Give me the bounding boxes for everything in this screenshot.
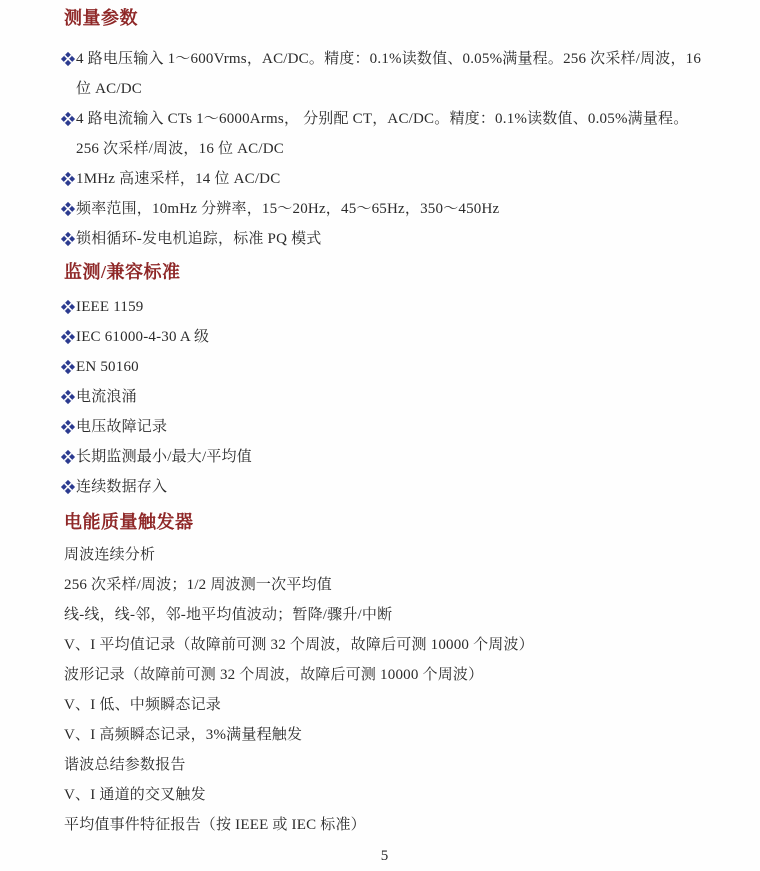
item-text: 谐波总结参数报告 — [64, 750, 705, 780]
diamond-bullet-icon — [61, 52, 75, 66]
list-item: 连续数据存入 — [64, 472, 705, 502]
list-item: IEC 61000-4-30 A 级 — [64, 322, 705, 352]
item-text: 256 次采样/周波；1/2 周波测一次平均值 — [64, 570, 705, 600]
page-footer: 5 — [64, 846, 705, 866]
list-item: 4 路电流输入 CTs 1～6000Arms， 分别配 CT，AC/DC。精度：… — [64, 104, 705, 164]
list-item: V、I 高频瞬态记录，3%满量程触发 — [64, 720, 705, 750]
list-item: V、I 平均值记录（故障前可测 32 个周波，故障后可测 10000 个周波） — [64, 630, 705, 660]
list-item: 256 次采样/周波；1/2 周波测一次平均值 — [64, 570, 705, 600]
item-text: 周波连续分析 — [64, 540, 705, 570]
page-number: 5 — [381, 848, 389, 864]
list-item: 谐波总结参数报告 — [64, 750, 705, 780]
item-text: 电流浪涌 — [76, 382, 705, 412]
diamond-bullet-icon — [61, 300, 75, 314]
item-text: V、I 通道的交叉触发 — [64, 780, 705, 810]
item-text: V、I 高频瞬态记录，3%满量程触发 — [64, 720, 705, 750]
item-text: 4 路电流输入 CTs 1～6000Arms， 分别配 CT，AC/DC。精度：… — [76, 104, 705, 164]
diamond-bullet-icon — [61, 390, 75, 404]
item-text: 平均值事件特征报告（按 IEEE 或 IEC 标准） — [64, 810, 705, 840]
diamond-bullet-icon — [61, 480, 75, 494]
diamond-bullet-icon — [61, 202, 75, 216]
diamond-bullet-icon — [61, 232, 75, 246]
diamond-bullet-icon — [61, 330, 75, 344]
list-item: 4 路电压输入 1～600Vrms，AC/DC。精度：0.1%读数值、0.05%… — [64, 44, 705, 104]
item-text: IEEE 1159 — [76, 292, 705, 322]
item-text: 1MHz 高速采样，14 位 AC/DC — [76, 164, 705, 194]
item-text: 连续数据存入 — [76, 472, 705, 502]
list-item: 平均值事件特征报告（按 IEEE 或 IEC 标准） — [64, 810, 705, 840]
list-item: 电压故障记录 — [64, 412, 705, 442]
list-item: EN 50160 — [64, 352, 705, 382]
item-text: V、I 平均值记录（故障前可测 32 个周波，故障后可测 10000 个周波） — [64, 630, 705, 660]
list-item: 线-线，线-邻，邻-地平均值波动；暂降/骤升/中断 — [64, 600, 705, 630]
item-text: 线-线，线-邻，邻-地平均值波动；暂降/骤升/中断 — [64, 600, 705, 630]
list-item: 电流浪涌 — [64, 382, 705, 412]
list-item: 周波连续分析 — [64, 540, 705, 570]
item-text: 频率范围，10mHz 分辨率，15～20Hz，45～65Hz，350～450Hz — [76, 194, 705, 224]
list-item: 1MHz 高速采样，14 位 AC/DC — [64, 164, 705, 194]
list-item: 锁相循环-发电机追踪，标准 PQ 模式 — [64, 224, 705, 254]
item-text: 长期监测最小/最大/平均值 — [76, 442, 705, 472]
section-title-measurement-parameters: 测量参数 — [64, 6, 705, 30]
item-text: 电压故障记录 — [76, 412, 705, 442]
diamond-bullet-icon — [61, 112, 75, 126]
diamond-bullet-icon — [61, 420, 75, 434]
section-title-monitoring-compliance-standards: 监测/兼容标准 — [64, 260, 705, 284]
item-text: 锁相循环-发电机追踪，标准 PQ 模式 — [76, 224, 705, 254]
item-text: IEC 61000-4-30 A 级 — [76, 322, 705, 352]
item-text: EN 50160 — [76, 352, 705, 382]
list-item: 频率范围，10mHz 分辨率，15～20Hz，45～65Hz，350～450Hz — [64, 194, 705, 224]
list-item: IEEE 1159 — [64, 292, 705, 322]
item-text: V、I 低、中频瞬态记录 — [64, 690, 705, 720]
diamond-bullet-icon — [61, 450, 75, 464]
section-title-power-quality-triggers: 电能质量触发器 — [64, 510, 705, 534]
list-item: 长期监测最小/最大/平均值 — [64, 442, 705, 472]
item-text: 波形记录（故障前可测 32 个周波，故障后可测 10000 个周波） — [64, 660, 705, 690]
diamond-bullet-icon — [61, 172, 75, 186]
list-item: 波形记录（故障前可测 32 个周波，故障后可测 10000 个周波） — [64, 660, 705, 690]
item-text: 4 路电压输入 1～600Vrms，AC/DC。精度：0.1%读数值、0.05%… — [76, 44, 705, 104]
list-item: V、I 低、中频瞬态记录 — [64, 690, 705, 720]
list-item: V、I 通道的交叉触发 — [64, 780, 705, 810]
document-page: 测量参数 4 路电压输入 1～600Vrms，AC/DC。精度：0.1%读数值、… — [0, 0, 760, 871]
diamond-bullet-icon — [61, 360, 75, 374]
